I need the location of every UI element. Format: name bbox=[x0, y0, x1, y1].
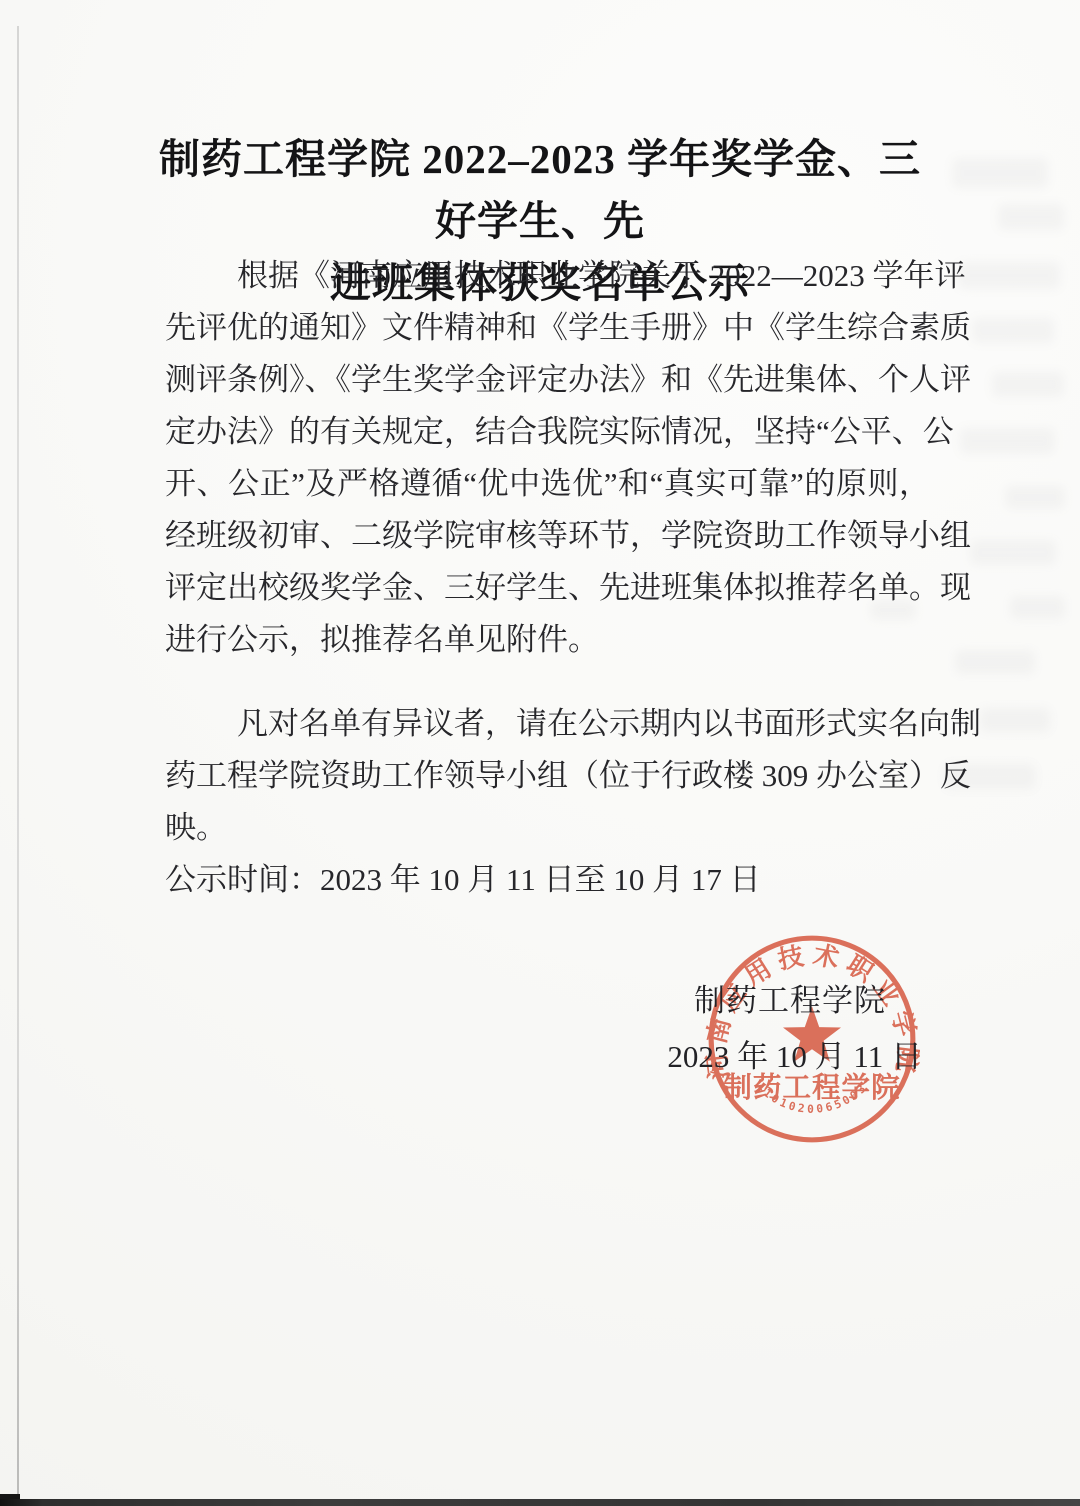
notice-period: 公示时间：2023 年 10 月 11 日至 10 月 17 日 bbox=[165, 854, 930, 906]
body-line: 开、公正”及严格遵循“优中选优”和“真实可靠”的原则， bbox=[165, 458, 930, 510]
body-line: 先评优的通知》文件精神和《学生手册》中《学生综合素质 bbox=[165, 302, 930, 354]
scanned-document-page: 制药工程学院 2022–2023 学年奖学金、三好学生、先 进班集体获奖名单公示… bbox=[0, 0, 1080, 1506]
scan-edge-line bbox=[17, 26, 19, 1506]
bleed-through-artifact bbox=[1005, 486, 1065, 509]
bleed-through-artifact bbox=[980, 708, 1050, 732]
scan-bottom-edge bbox=[0, 1499, 1080, 1506]
body-line: 评定出校级奖学金、三好学生、先进班集体拟推荐名单。现 bbox=[165, 562, 930, 614]
document-title-line-1: 制药工程学院 2022–2023 学年奖学金、三好学生、先 bbox=[140, 128, 940, 252]
body-line: 映。 bbox=[165, 802, 930, 854]
bleed-through-artifact bbox=[972, 318, 1054, 343]
paragraph-2: 凡对名单有异议者，请在公示期内以书面形式实名向制 药工程学院资助工作领导小组（位… bbox=[165, 698, 930, 854]
body-line: 定办法》的有关规定，结合我院实际情况，坚持“公平、公 bbox=[165, 406, 930, 458]
notice-period-line: 公示时间：2023 年 10 月 11 日至 10 月 17 日 bbox=[165, 854, 930, 906]
bleed-through-artifact bbox=[970, 540, 1056, 565]
body-line: 进行公示，拟推荐名单见附件。 bbox=[165, 614, 930, 666]
body-line: 测评条例》、《学生奖学金评定办法》和《先进集体、个人评 bbox=[165, 354, 930, 406]
paragraph-1: 根据《河南应用技术职业学院关于 2022—2023 学年评 先评优的通知》文件精… bbox=[165, 250, 930, 666]
bleed-through-artifact bbox=[1010, 596, 1065, 619]
bleed-through-artifact bbox=[955, 650, 1035, 674]
bleed-through-artifact bbox=[960, 428, 1055, 454]
body-line: 根据《河南应用技术职业学院关于 2022—2023 学年评 bbox=[165, 250, 930, 302]
signature-date: 2023 年 10 月 11 日 bbox=[165, 1029, 930, 1085]
signature-block: 制药工程学院 2023 年 10 月 11 日 bbox=[165, 973, 930, 1085]
bleed-through-artifact bbox=[992, 372, 1064, 397]
bleed-through-artifact bbox=[998, 204, 1064, 230]
body-line: 凡对名单有异议者，请在公示期内以书面形式实名向制 bbox=[165, 698, 930, 750]
bleed-through-artifact bbox=[958, 262, 1060, 289]
signature-organization: 制药工程学院 bbox=[165, 973, 930, 1029]
body-line: 药工程学院资助工作领导小组（位于行政楼 309 办公室）反 bbox=[165, 750, 930, 802]
body-line: 经班级初审、二级学院审核等环节，学院资助工作领导小组 bbox=[165, 510, 930, 562]
bleed-through-artifact bbox=[952, 158, 1048, 188]
